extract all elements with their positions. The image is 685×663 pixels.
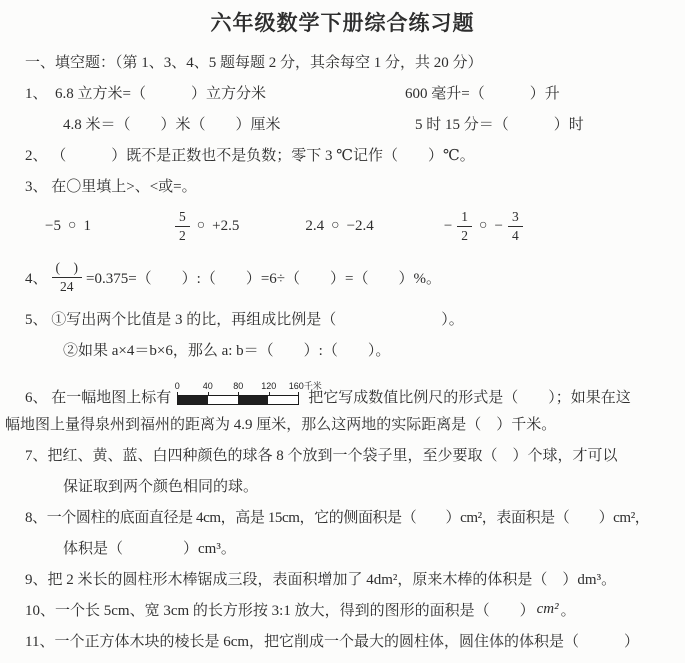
fraction: ( ) 24 (52, 260, 83, 294)
fraction-numerator: ( ) (52, 260, 83, 278)
worksheet-page: 六年级数学下册综合练习题 一、填空题：（第 1、3、4、5 题每题 2 分，其余… (0, 0, 685, 663)
minus-sign: − (495, 218, 503, 235)
map-scale-bar: 0 40 80 120 160千米 (177, 381, 299, 407)
scale-bar-segment (178, 396, 208, 404)
fraction-numerator: 3 (508, 209, 523, 227)
problem-1-left-2: 4.8 米＝（ ）米（ ）厘米 (63, 113, 281, 134)
scale-bar-track (177, 395, 299, 405)
problem-10-unit: cm² (535, 601, 561, 618)
scale-bar-segment (268, 396, 298, 404)
problem-2: 2、 （ ）既不是正数也不是负数；零下 3 ℃记作（ ）℃。 (0, 139, 685, 170)
scale-label-0: 0 (175, 381, 180, 391)
comparison-item-2: 5 2 ○ +2.5 (175, 209, 239, 243)
fraction-denominator: 2 (179, 227, 186, 244)
problem-6-tail: 把它写成数值比例尺的形式是（ ）；如果在这 (308, 386, 631, 407)
problem-6-line-2: 幅地图上量得泉州到福州的距离为 4.9 厘米，那么这两地的实际距离是（ ）千米。 (0, 408, 685, 439)
comparison-item-3: 2.4 ○ −2.4 (305, 218, 373, 235)
problem-8-line-1: 8、一个圆柱的底面直径是 4cm，高是 15cm，它的侧面积是（ ）cm²，表面… (0, 501, 685, 532)
problem-7-line-2: 保证取到两个颜色相同的球。 (0, 470, 685, 501)
problem-3-comparisons: −5 ○ 1 5 2 ○ +2.5 2.4 ○ −2.4 − 1 2 ○ − (0, 201, 685, 251)
scale-label-120: 120 (261, 381, 276, 391)
problem-6-lead: 6、 在一幅地图上标有 (25, 386, 171, 407)
problem-10-end: 。 (561, 599, 576, 620)
problem-5-line-1: 5、 ①写出两个比值是 3 的比，再组成比例是（ ）。 (0, 303, 685, 334)
problem-1-right-2: 5 时 15 分＝（ ）时 (415, 108, 584, 139)
fraction: 5 2 (175, 209, 190, 243)
left-value: −5 (45, 218, 61, 235)
section-header: 一、填空题：（第 1、3、4、5 题每题 2 分，其余每空 1 分，共 20 分… (0, 46, 685, 77)
problem-3-statement: 3、 在〇里填上>、<或=。 (0, 170, 685, 201)
problem-8-line-2: 体积是（ ）cm³。 (0, 532, 685, 563)
problem-4-number: 4、 (25, 267, 48, 288)
scale-bar-segment (208, 396, 238, 404)
problem-1-row-1: 1、 6.8 立方米=（ ）立方分米 600 毫升=（ ）升 (0, 77, 685, 108)
fraction-denominator: 4 (512, 227, 519, 244)
problem-1-right-1: 600 毫升=（ ）升 (405, 77, 560, 108)
compare-circle: ○ (195, 218, 207, 234)
problem-1-left-1: 1、 6.8 立方米=（ ）立方分米 (25, 82, 266, 103)
comparison-item-1: −5 ○ 1 (45, 218, 91, 235)
problem-4-text: =0.375=（ ）:（ ）=6÷（ ）=（ ）%。 (86, 267, 441, 288)
compare-circle: ○ (66, 218, 78, 234)
problem-10: 10、一个长 5cm、宽 3cm 的长方形按 3:1 放大，得到的图形的面积是（… (0, 594, 685, 625)
right-value: +2.5 (212, 218, 239, 235)
left-value: 2.4 (305, 218, 324, 235)
scale-label-40: 40 (203, 381, 213, 391)
scale-label-80: 80 (233, 381, 243, 391)
problem-7-line-1: 7、把红、黄、蓝、白四种颜色的球各 8 个放到一个袋子里，至少要取（ ）个球，才… (0, 439, 685, 470)
page-title: 六年级数学下册综合练习题 (0, 0, 685, 46)
problem-6-line-1: 6、 在一幅地图上标有 0 40 80 120 160千米 把它写成数值比例尺的… (0, 365, 685, 408)
fraction: 3 4 (508, 209, 523, 243)
problem-11: 11、一个正方体木块的棱长是 6cm，把它削成一个最大的圆柱体，圆住体的体积是（… (0, 625, 685, 656)
scale-label-160km: 160千米 (289, 381, 322, 391)
right-value: 1 (83, 218, 91, 235)
problem-10-text: 10、一个长 5cm、宽 3cm 的长方形按 3:1 放大，得到的图形的面积是（… (25, 599, 535, 620)
fraction-numerator: 1 (457, 209, 472, 227)
minus-sign: − (444, 218, 452, 235)
compare-circle: ○ (329, 218, 341, 234)
right-value: −2.4 (347, 218, 374, 235)
problem-4: 4、 ( ) 24 =0.375=（ ）:（ ）=6÷（ ）=（ ）%。 (0, 251, 685, 303)
problem-5-line-2: ②如果 a×4＝b×6，那么 a: b＝（ ）:（ ）。 (0, 334, 685, 365)
fraction-denominator: 2 (461, 227, 468, 244)
comparison-item-4: − 1 2 ○ − 3 4 (444, 209, 523, 243)
fraction-denominator: 24 (60, 278, 74, 295)
fraction-numerator: 5 (175, 209, 190, 227)
problem-9: 9、把 2 米长的圆柱形木棒锯成三段，表面积增加了 4dm²，原来木棒的体积是（… (0, 563, 685, 594)
problem-1-row-2: 4.8 米＝（ ）米（ ）厘米 5 时 15 分＝（ ）时 (0, 108, 685, 139)
scale-bar-segment (238, 396, 268, 404)
compare-circle: ○ (477, 218, 489, 234)
fraction: 1 2 (457, 209, 472, 243)
